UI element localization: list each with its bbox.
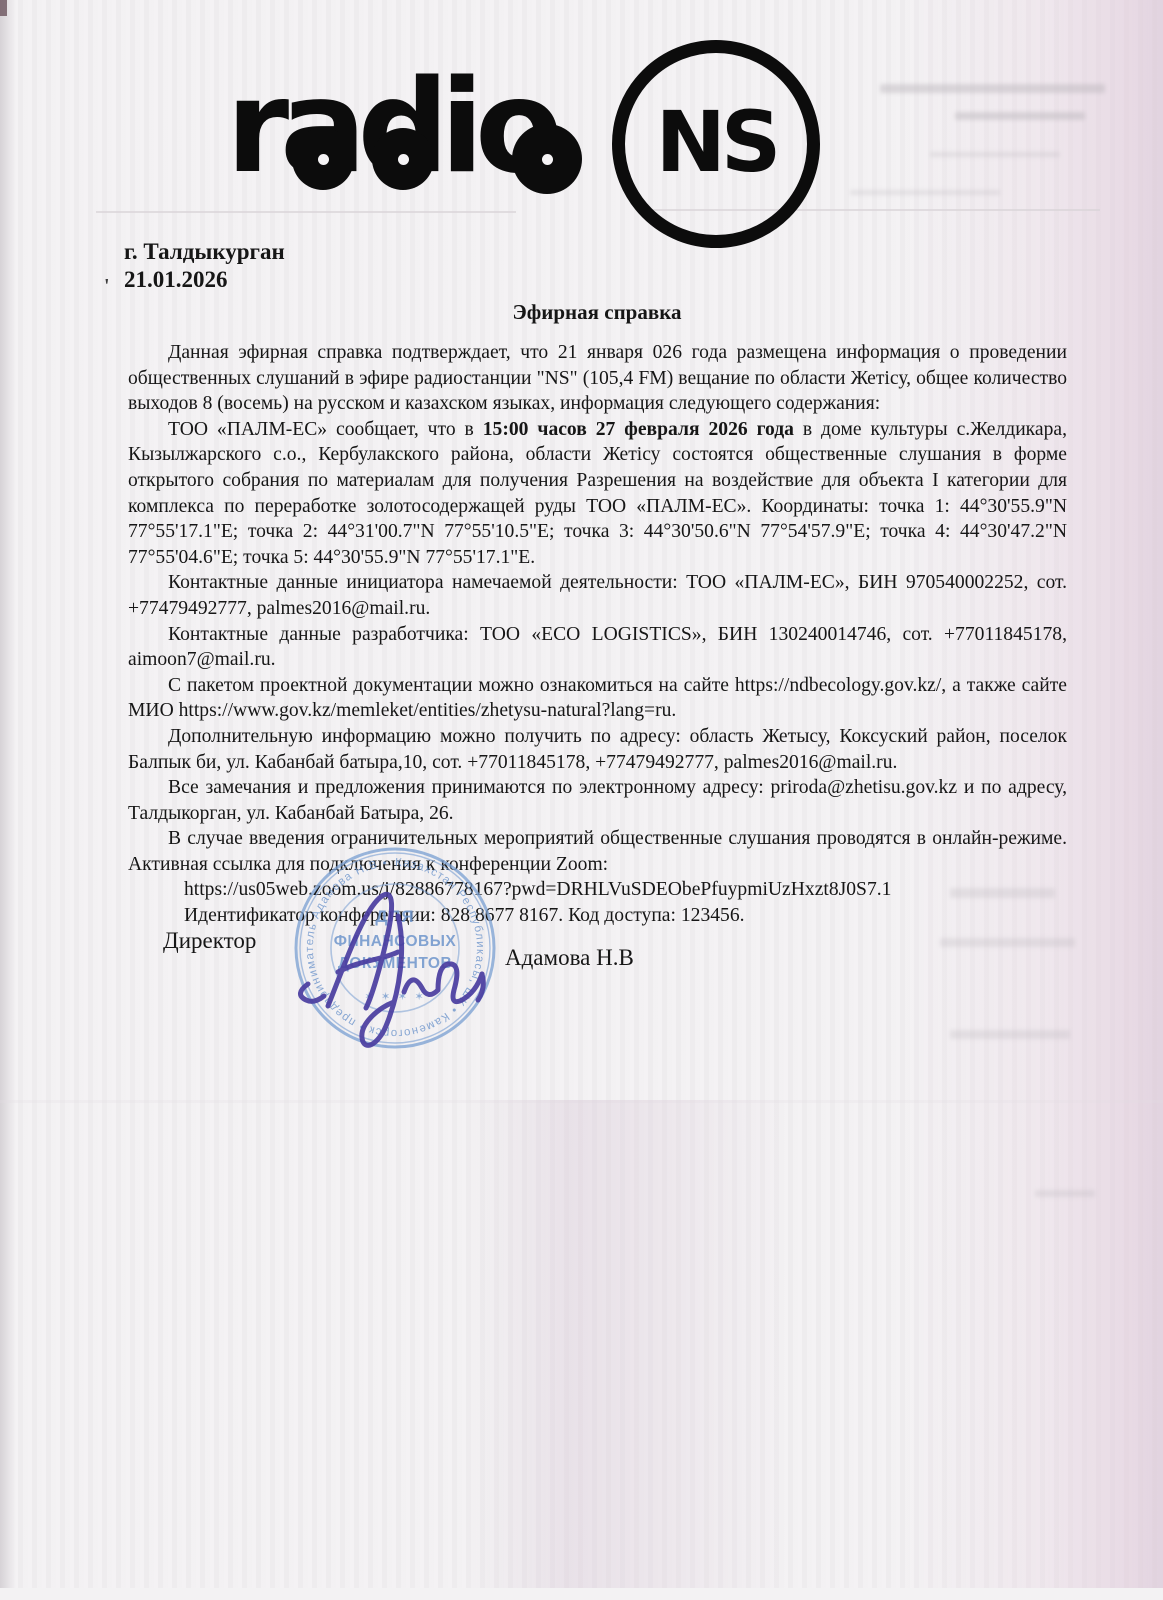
signature-descender (362, 916, 402, 1045)
signature-flourish (300, 984, 324, 1001)
paragraph-initiator-contacts: Контактные данные инициатора намечаемой … (128, 570, 1067, 621)
scan-bottom-edge (0, 1588, 1163, 1600)
ghost-text-artifact (955, 112, 1085, 120)
paragraph-announcement: ТОО «ПАЛМ-ЕС» сообщает, что в 15:00 часо… (128, 417, 1067, 571)
signature-role-label: Директор (163, 928, 256, 954)
city-line: г. Талдыкурган (124, 238, 285, 266)
scan-left-edge (0, 0, 16, 1600)
record-center-dot (542, 154, 553, 165)
announcement-datetime-bold: 15:00 часов 27 февраля 2026 года (483, 419, 794, 440)
handwritten-signature (286, 856, 536, 1086)
document-body: Данная эфирная справка подтверждает, что… (128, 340, 1067, 929)
scan-corner-artifact (0, 0, 7, 16)
pen-tick-mark: ' (104, 272, 110, 300)
scan-bottom-band (0, 1100, 1163, 1600)
letterhead-city-date: ' г. Талдыкурган 21.01.2026 (124, 238, 285, 294)
paragraph-confirmation: Данная эфирная справка подтверждает, что… (128, 340, 1067, 417)
ghost-text-artifact (850, 190, 1000, 195)
ns-badge-label: NS (656, 93, 777, 191)
announcement-prefix: ТОО «ПАЛМ-ЕС» сообщает, что в (168, 419, 483, 440)
ghost-text-artifact (880, 84, 1105, 93)
paragraph-documentation-sites: С пакетом проектной документации можно о… (128, 673, 1067, 724)
vinyl-record-icon (372, 128, 434, 190)
conference-id-line: Идентификатор конференции: 828 8677 8167… (128, 903, 1067, 929)
document-title: Эфирная справка (128, 300, 1066, 325)
ns-circle-badge: NS (612, 40, 820, 248)
paragraph-online-mode: В случае введения ограничительных меропр… (128, 826, 1067, 877)
vinyl-record-icon (512, 124, 582, 194)
ghost-text-artifact (1035, 1190, 1095, 1197)
announcement-suffix: в доме культуры с.Желдикара, Кызылжарско… (128, 419, 1067, 568)
vinyl-record-icon (292, 128, 354, 190)
date-line: 21.01.2026 (124, 266, 285, 294)
ghost-text-artifact (940, 938, 1075, 947)
paragraph-developer-contacts: Контактные данные разработчика: ТОО «ECO… (128, 622, 1067, 673)
paragraph-additional-info: Дополнительную информацию можно получить… (128, 724, 1067, 775)
zoom-conference-link: https://us05web.zoom.us/j/82886778167?pw… (128, 877, 1067, 903)
ghost-text-artifact (930, 152, 1060, 157)
record-center-dot (318, 154, 329, 165)
signature-letter-a (328, 894, 392, 1008)
scanned-document-page: radio NS ' г. Талдыкурган 21.01.2026 Эфи… (0, 0, 1163, 1600)
signature-tail (404, 964, 482, 1002)
record-center-dot (398, 154, 409, 165)
ghost-text-artifact (950, 1030, 1070, 1039)
scan-faint-rule (96, 211, 516, 213)
paragraph-feedback-address: Все замечания и предложения принимаются … (128, 775, 1067, 826)
